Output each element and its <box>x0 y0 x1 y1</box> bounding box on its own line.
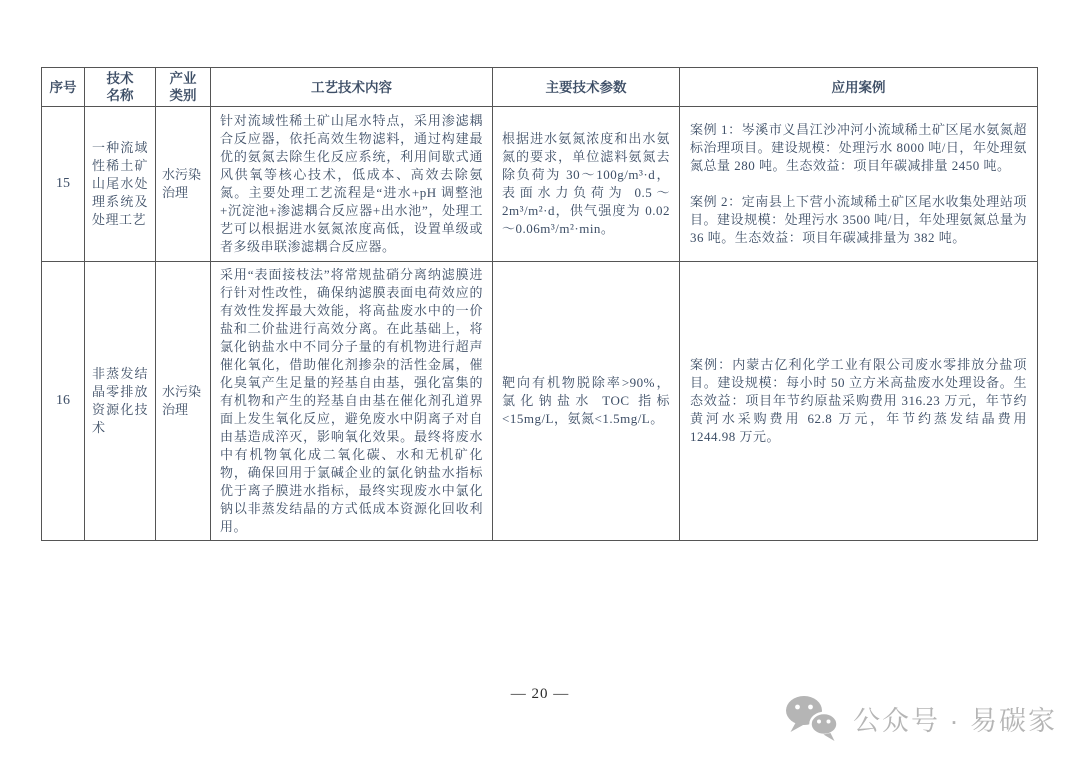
col-header-category: 产业类别 <box>156 68 211 107</box>
table-header-row: 序号 技术名称 产业类别 工艺技术内容 主要技术参数 应用案例 <box>42 68 1038 107</box>
col-header-cases: 应用案例 <box>680 68 1038 107</box>
cell-technical-parameters: 根据进水氨氮浓度和出水氨氮的要求，单位滤料氨氮去除负荷为 30～100g/m³·… <box>493 107 680 262</box>
document-page: 序号 技术名称 产业类别 工艺技术内容 主要技术参数 应用案例 15 一种流域性… <box>0 0 1080 763</box>
technology-table: 序号 技术名称 产业类别 工艺技术内容 主要技术参数 应用案例 15 一种流域性… <box>41 67 1038 541</box>
cell-application-cases: 案例：内蒙古亿利化学工业有限公司废水零排放分盐项目。建设规模：每小时 50 立方… <box>680 262 1038 541</box>
col-header-process: 工艺技术内容 <box>211 68 493 107</box>
col-header-parameters: 主要技术参数 <box>493 68 680 107</box>
watermark: 公众号 · 易碳家 <box>783 693 1057 743</box>
cell-industry-category: 水污染治理 <box>156 262 211 541</box>
cell-application-cases: 案例 1：岑溪市义昌江沙冲河小流域稀土矿区尾水氨氮超标治理项目。建设规模：处理污… <box>680 107 1038 262</box>
table-row-15: 15 一种流域性稀土矿山尾水处理系统及处理工艺 水污染治理 针对流域性稀土矿山尾… <box>42 107 1038 262</box>
cell-serial-number: 16 <box>42 262 85 541</box>
wechat-icon <box>783 694 841 742</box>
col-header-serial: 序号 <box>42 68 85 107</box>
col-header-tech-name: 技术名称 <box>85 68 156 107</box>
cell-process-content: 针对流域性稀土矿山尾水特点，采用渗滤耦合反应器，依托高效生物滤料，通过构建最优的… <box>211 107 493 262</box>
cell-process-content: 采用“表面接枝法”将常规盐硝分离纳滤膜进行针对性改性，确保纳滤膜表面电荷效应的有… <box>211 262 493 541</box>
cell-technical-parameters: 靶向有机物脱除率>90%，氯化钠盐水 TOC 指标<15mg/L，氨氮<1.5m… <box>493 262 680 541</box>
cell-industry-category: 水污染治理 <box>156 107 211 262</box>
cell-tech-name: 非蒸发结晶零排放资源化技术 <box>85 262 156 541</box>
cell-tech-name: 一种流域性稀土矿山尾水处理系统及处理工艺 <box>85 107 156 262</box>
case-paragraph-2: 案例 2：定南县上下营小流域稀土矿区尾水收集处理站项目。建设规模：处理污水 35… <box>690 193 1027 247</box>
case-paragraph-1: 案例：内蒙古亿利化学工业有限公司废水零排放分盐项目。建设规模：每小时 50 立方… <box>690 356 1027 446</box>
case-paragraph-1: 案例 1：岑溪市义昌江沙冲河小流域稀土矿区尾水氨氮超标治理项目。建设规模：处理污… <box>690 121 1027 175</box>
col-header-category-label: 产业类别 <box>168 70 198 104</box>
cell-serial-number: 15 <box>42 107 85 262</box>
col-header-tech-name-label: 技术名称 <box>105 70 135 104</box>
table-row-16: 16 非蒸发结晶零排放资源化技术 水污染治理 采用“表面接枝法”将常规盐硝分离纳… <box>42 262 1038 541</box>
watermark-text: 公众号 · 易碳家 <box>853 699 1057 738</box>
